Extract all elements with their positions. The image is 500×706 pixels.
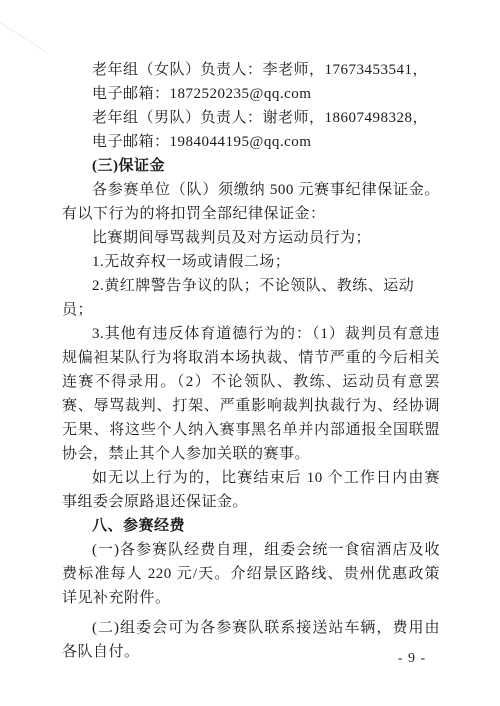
paragraph: 电子邮箱：1984044195@qq.com: [62, 130, 440, 154]
section-heading: (三)保证金: [62, 154, 440, 178]
paragraph: 1.无故弃权一场或请假二场；: [62, 250, 440, 274]
document-page: 老年组（女队）负责人：李老师，17673453541，电子邮箱：18725202…: [0, 0, 500, 706]
paragraph: 比赛期间辱骂裁判员及对方运动员行为；: [62, 226, 440, 250]
paragraph: 老年组（女队）负责人：李老师，17673453541，: [62, 58, 440, 82]
paragraph: 各参赛单位（队）须缴纳 500 元赛事纪律保证金。有以下行为的将扣罚全部纪律保证…: [62, 178, 440, 226]
paragraph: 电子邮箱：1872520235@qq.com: [62, 82, 440, 106]
scan-corner-crease: [0, 14, 47, 53]
paragraph: 3.其他有违反体育道德行为的：（1）裁判员有意违规偏袒某队行为将取消本场执裁、情…: [62, 322, 440, 466]
paragraph: (一)各参赛队经费自理，组委会统一食宿酒店及收费标准每人 220 元/天。介绍景…: [62, 538, 440, 610]
paragraph: 2.黄红牌警告争议的队；不论领队、教练、运动员；: [62, 274, 440, 322]
section-heading: 八、参赛经费: [62, 514, 440, 538]
paragraph: 老年组（男队）负责人：谢老师，18607498328，: [62, 106, 440, 130]
paragraph: (二)组委会可为各参赛队联系接送站车辆，费用由各队自付。: [62, 616, 440, 664]
document-body: 老年组（女队）负责人：李老师，17673453541，电子邮箱：18725202…: [62, 58, 440, 664]
paragraph: 如无以上行为的，比赛结束后 10 个工作日内由赛事组委会原路退还保证金。: [62, 466, 440, 514]
page-number: - 9 -: [388, 650, 436, 668]
